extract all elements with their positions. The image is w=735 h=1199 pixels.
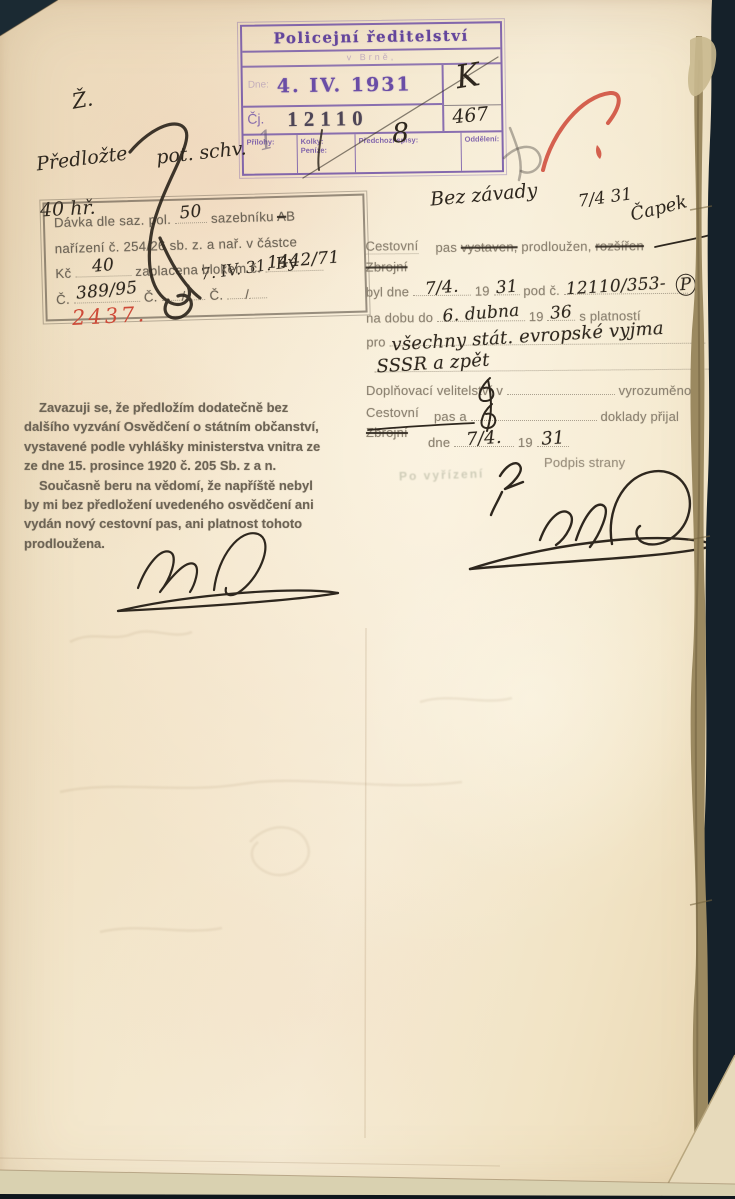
option-zbrojni: Zbrojní	[366, 425, 408, 440]
faint-bleed-text: Po vyřízení	[399, 467, 485, 484]
stamp-cj-cell: Čj. 12110	[243, 105, 442, 134]
stamp-cj-label: Čj.	[247, 111, 264, 127]
handwritten-year: 31	[495, 277, 519, 299]
handwritten-valid-until: 6. dubna	[442, 301, 520, 327]
fee-text: sazebníku	[211, 209, 274, 226]
stamp-date: 4. IV. 1931	[277, 73, 412, 97]
fee-text: zaplacena blokem č.	[135, 260, 261, 279]
stamp-text: doklady přijal	[600, 409, 679, 424]
signature-label: Podpis strany	[544, 455, 625, 470]
stamp-blank: 7/4.	[413, 282, 471, 297]
declaration-line: dalšího vyzvání Osvědčení o státním obča…	[24, 417, 348, 436]
handwritten-amount: 40	[91, 252, 116, 280]
declaration-line: prodloužena.	[24, 534, 348, 553]
declaration-line: Současně beru na vědomí, že napříště neb…	[24, 476, 348, 495]
extension-row5: SSSR a zpět	[374, 356, 710, 376]
handwritten-block-number: 1442/71	[266, 245, 341, 276]
fee-blank	[227, 284, 245, 298]
stamp-text: prodloužen,	[521, 239, 591, 255]
stamp-blank: 7/4.	[454, 433, 514, 447]
stamp-blank: 31	[493, 281, 519, 295]
fee-text: Kč	[55, 266, 71, 281]
extension-row2: byl dne 7/4. 19 31 pod č. 12110/353-P	[366, 280, 688, 300]
field-kolky-penize: Kolky:Peníze:	[298, 134, 357, 173]
extension-row4: pro všechny stát. evropské vyjma	[366, 330, 705, 350]
fee-blank	[249, 284, 267, 298]
stamp-text: Doplňovací velitelství v	[366, 383, 503, 398]
fee-blank	[161, 286, 181, 301]
stamp-blank: SSSR a zpět	[374, 356, 710, 373]
stamp-text: pod č.	[523, 283, 560, 298]
fee-text: Č.	[56, 291, 70, 306]
fee-blank: 50	[175, 209, 207, 224]
notify-row3: dne 7/4. 19 31	[428, 433, 569, 450]
fee-option-b: B	[286, 208, 296, 223]
stamp-cj-number: 12110	[287, 106, 369, 132]
stamp-blank: všechny stát. evropské vyjma	[389, 330, 705, 347]
stamp-text: byl dne	[366, 284, 409, 299]
option-cestovni: Cestovní	[366, 405, 419, 420]
declaration-text: Zavazuji se, že předložím dodatečně bez …	[24, 398, 348, 553]
stamp-field-row: Přílohy: Kolky:Peníze: Předchozí spisy: …	[243, 130, 502, 174]
handwritten-year: 31	[540, 427, 565, 450]
stamp-date-label: Dne:	[248, 79, 269, 90]
stamp-text: dne	[428, 435, 450, 450]
stamp-middle: Dne: 4. IV. 1931 Čj. 12110 K 467	[243, 64, 502, 134]
notify-row1: Doplňovací velitelství v vyrozuměno	[366, 381, 691, 398]
handwritten-tariff-item: 50	[179, 199, 204, 227]
handwritten-spisy-value: 8	[391, 117, 410, 149]
declaration-line: by mi bez předložení uvedeného osvědčení…	[24, 495, 348, 514]
option-zbrojni: Zbrojní	[366, 259, 408, 274]
stamp-blank: 31	[537, 433, 569, 447]
police-date-stamp: Policejní ředitelství v Brně, Dne: 4. IV…	[240, 21, 504, 176]
stamp-blank: 12110/353-P	[564, 280, 688, 295]
stamp-text-struck: vystaven,	[461, 239, 518, 254]
stamp-blank: 6. dubna	[437, 307, 525, 322]
notify-row2: pas a doklady přijal	[434, 407, 679, 424]
stamp-text: vyrozuměno	[619, 383, 692, 398]
stamp-blank	[471, 407, 597, 421]
stamp-text: pas	[435, 240, 457, 255]
declaration-line: vydán nový cestovní pas, ani platnost to…	[24, 514, 348, 533]
field-oddeleni: Oddělení:	[461, 132, 502, 171]
stamp-text: 19	[529, 309, 544, 324]
extension-stamp: Cestovní Zbrojní pas vystaven, prodlouže…	[365, 235, 726, 380]
paper-sheet	[0, 0, 735, 1199]
fee-blank: 40	[75, 262, 131, 278]
declaration-line: ze dne 15. prosince 1920 č. 205 Sb. z a …	[24, 456, 348, 475]
document-scan: Policejní ředitelství v Brně, Dne: 4. IV…	[0, 0, 735, 1199]
notification-stamp: Doplňovací velitelství v vyrozuměno Cest…	[366, 381, 726, 473]
stamp-text: 19	[518, 435, 533, 450]
declaration-line: Zavazuji se, že předložím dodatečně bez	[24, 398, 348, 417]
handwritten-day: 7/4.	[424, 277, 459, 300]
stamp-text: 19	[475, 283, 490, 298]
stamp-title: Policejní ředitelství	[242, 23, 500, 53]
extension-row1: pas vystaven, prodloužen, rozšířen	[435, 238, 644, 255]
declaration-line: vystavené podle vyhlášky ministerstva vn…	[24, 437, 348, 456]
field-label: Oddělení:	[465, 134, 500, 143]
field-label: Kolky:	[301, 137, 324, 146]
stamp-blank	[507, 381, 615, 395]
fee-blank: 389/95	[74, 287, 140, 303]
stamp-date-cell: Dne: 4. IV. 1931	[243, 65, 443, 108]
margin-note-symbol: Ž.	[70, 86, 95, 113]
field-label: Peníze:	[301, 146, 327, 155]
stamp-text-struck: rozšířen	[595, 238, 644, 253]
stamp-text: na dobu do	[366, 310, 433, 326]
stamp-text: pro	[366, 334, 386, 349]
stamp-blank: 36	[547, 307, 575, 321]
fee-stamp: Dávka dle saz. pol. 50 sazebníku AB naří…	[42, 194, 367, 322]
handwritten-ref-number: 467	[451, 103, 489, 129]
fee-blank	[185, 286, 205, 301]
red-file-number: 2437.	[71, 302, 147, 330]
stamp-text: pas a	[434, 409, 467, 424]
handwritten-valid-year: 36	[550, 302, 574, 324]
stamp-ref-column: K 467	[442, 64, 502, 131]
handwritten-file-number: 12110/353-	[565, 273, 666, 299]
handwritten-file-suffix: P	[675, 273, 696, 296]
fee-text: Dávka dle saz. pol.	[54, 212, 171, 230]
fee-blank: 1442/71	[265, 257, 323, 273]
option-cestovni: Cestovní	[365, 238, 418, 254]
handwritten-day: 7/4.	[466, 427, 503, 450]
fee-text: Č.	[209, 287, 223, 302]
